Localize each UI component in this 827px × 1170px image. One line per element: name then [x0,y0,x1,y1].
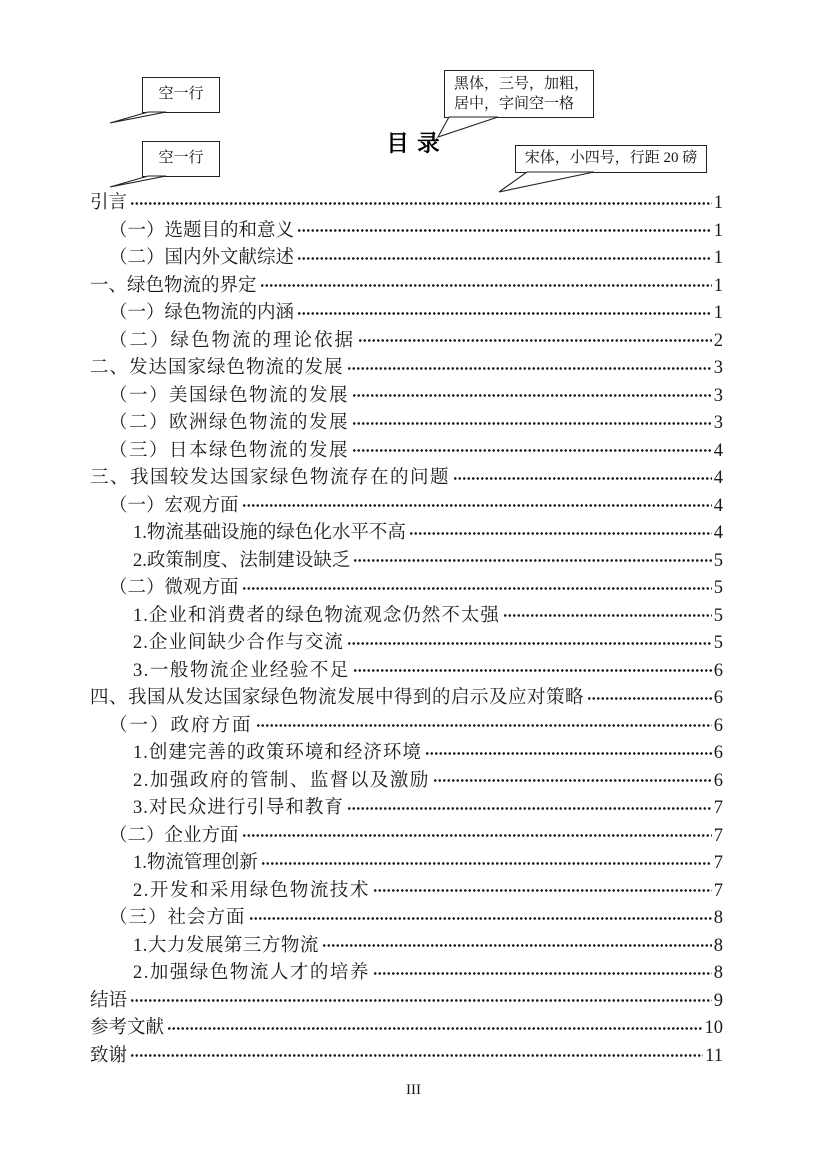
toc-entry: 3.一般物流企业经验不足 6 [90,658,723,686]
toc-entry: 3.对民众进行引导和教育 7 [90,795,723,823]
toc-entry-page-number: 4 [714,493,723,521]
toc-dot-leader [373,878,712,906]
toc-entry-page-number: 7 [714,878,723,906]
toc-entry-page-number: 1 [714,273,723,301]
toc-entry-text: 引言 [90,190,127,218]
toc-entry-page-number: 1 [714,300,723,328]
toc-dot-leader [297,218,712,246]
toc-entry-text: （二）欧洲绿色物流的发展 [109,410,349,438]
toc-entry-text: 1.创建完善的政策环境和经济环境 [133,740,422,768]
toc-dot-leader [130,190,712,218]
toc-entry-page-number: 1 [714,190,723,218]
toc-dot-leader [297,245,712,273]
toc-entry: 2.政策制度、法制建设缺乏 5 [90,548,723,576]
page-number: III [0,1082,827,1099]
callout-tail-icon [104,111,170,125]
toc-entry: 致谢 11 [90,1043,723,1071]
toc-entry-text: 3.对民众进行引导和教育 [133,795,344,823]
toc-entry: 引言 1 [90,190,723,218]
toc-entry-text: 二、发达国家绿色物流的发展 [90,355,344,383]
toc-entry: （一）宏观方面 4 [90,493,723,521]
toc-entry-page-number: 8 [714,933,723,961]
toc-entry-page-number: 11 [705,1043,723,1071]
toc-dot-leader [242,493,712,521]
toc-dot-leader [130,1043,703,1071]
toc-dot-leader [409,520,712,548]
toc-entry: 1.物流管理创新 7 [90,850,723,878]
toc-entry: （二）欧洲绿色物流的发展 3 [90,410,723,438]
toc-entry: 1.企业和消费者的绿色物流观念仍然不太强 5 [90,603,723,631]
toc-entry-text: 1.物流管理创新 [133,850,258,878]
toc-entry-page-number: 6 [714,740,723,768]
toc-dot-leader [260,273,712,301]
toc-entry: 2.加强绿色物流人才的培养 8 [90,960,723,988]
toc-entry-page-number: 9 [714,988,723,1016]
toc-entry-page-number: 2 [714,328,723,356]
toc-entry-page-number: 4 [714,520,723,548]
toc-entry-page-number: 4 [714,438,723,466]
toc-entry-text: 3.一般物流企业经验不足 [133,658,350,686]
toc-entry: （二）国内外文献综述 1 [90,245,723,273]
callout-tail-icon [104,175,170,189]
toc-entry-text: 1.物流基础设施的绿色化水平不高 [133,520,406,548]
toc-dot-leader [453,465,712,493]
toc-entry: （一）美国绿色物流的发展 3 [90,383,723,411]
toc-dot-leader [503,603,712,631]
toc-entry-text: 2.政策制度、法制建设缺乏 [133,548,350,576]
toc-entry: （一）政府方面 6 [90,713,723,741]
toc-entry-text: （二）企业方面 [109,823,239,851]
toc-entry: 2.开发和采用绿色物流技术 7 [90,878,723,906]
toc-entry-text: （三）社会方面 [109,905,246,933]
toc-dot-leader [433,768,712,796]
toc-entry-text: 一、绿色物流的界定 [90,273,257,301]
annotation-text: 空一行 [158,86,203,102]
annotation-text-line2: 居中，字间空一格 [454,94,593,114]
toc-entry-text: 四、我国从发达国家绿色物流发展中得到的启示及应对策略 [90,685,584,713]
toc-entry-page-number: 3 [714,410,723,438]
toc-entry-page-number: 7 [714,795,723,823]
toc-dot-leader [261,850,712,878]
annotation-callout-blank-line-1[interactable]: 空一行 [142,77,220,113]
toc-entry: 四、我国从发达国家绿色物流发展中得到的启示及应对策略 6 [90,685,723,713]
annotation-text: 宋体，小四号，行距 20 磅 [525,150,698,166]
toc-dot-leader [353,658,712,686]
toc-dot-leader [358,328,712,356]
toc-entry: （一）选题目的和意义 1 [90,218,723,246]
toc-entry-text: 2.企业间缺少合作与交流 [133,630,344,658]
toc-dot-leader [352,438,712,466]
annotation-callout-title-format[interactable]: 黑体，三号，加粗， 居中，字间空一格 [444,70,594,118]
toc-entry-page-number: 1 [714,245,723,273]
toc-entry-text: （二）微观方面 [109,575,239,603]
toc-entry-page-number: 4 [714,465,723,493]
toc-entry-text: 2.加强绿色物流人才的培养 [133,960,370,988]
toc-entry-text: （二）国内外文献综述 [109,245,294,273]
toc-entry-text: 致谢 [90,1043,127,1071]
toc-dot-leader [249,905,712,933]
callout-tail-icon [493,171,599,194]
toc-dot-leader [256,713,712,741]
annotation-callout-blank-line-2[interactable]: 空一行 [142,141,220,177]
toc-entry: 参考文献 10 [90,1015,723,1043]
callout-tail-icon [432,116,504,139]
toc-entry: （三）日本绿色物流的发展 4 [90,438,723,466]
toc-entry-text: （二）绿色物流的理论依据 [109,328,355,356]
annotation-text: 空一行 [158,150,203,166]
toc-entry-page-number: 10 [705,1015,724,1043]
toc-dot-leader [130,988,712,1016]
toc-entry-text: 结语 [90,988,127,1016]
toc-entry-text: （一）选题目的和意义 [109,218,294,246]
toc-dot-leader [347,630,712,658]
toc-entry-text: 参考文献 [90,1015,164,1043]
toc-entry-page-number: 1 [714,218,723,246]
annotation-callout-body-format[interactable]: 宋体，小四号，行距 20 磅 [515,145,707,173]
toc-entry-page-number: 5 [714,630,723,658]
toc-dot-leader [373,960,712,988]
toc-entry: 三、我国较发达国家绿色物流存在的问题 4 [90,465,723,493]
toc-entry-page-number: 7 [714,850,723,878]
toc-entry-text: 三、我国较发达国家绿色物流存在的问题 [90,465,450,493]
toc-entry-page-number: 6 [714,658,723,686]
toc-entry: （二）绿色物流的理论依据 2 [90,328,723,356]
toc-entry-text: （一）政府方面 [109,713,253,741]
toc-entry-page-number: 3 [714,355,723,383]
toc-entry: （一）绿色物流的内涵 1 [90,300,723,328]
toc-entry-text: （三）日本绿色物流的发展 [109,438,349,466]
toc-dot-leader [425,740,712,768]
toc-dot-leader [297,300,712,328]
toc-entry-text: 1.大力发展第三方物流 [133,933,319,961]
toc-entry-text: （一）绿色物流的内涵 [109,300,294,328]
toc-entry: 1.大力发展第三方物流 8 [90,933,723,961]
toc-dot-leader [352,383,712,411]
toc-entry-text: 2.开发和采用绿色物流技术 [133,878,370,906]
toc-entry-page-number: 6 [714,685,723,713]
toc-entry: （三）社会方面 8 [90,905,723,933]
toc-dot-leader [322,933,712,961]
toc-entry: 2.企业间缺少合作与交流 5 [90,630,723,658]
toc-dot-leader [242,823,712,851]
toc-entry-text: （一）宏观方面 [109,493,239,521]
toc-dot-leader [347,355,712,383]
toc-entry: 二、发达国家绿色物流的发展 3 [90,355,723,383]
toc-dot-leader [347,795,712,823]
toc-dot-leader [242,575,712,603]
toc-entry-page-number: 5 [714,575,723,603]
toc-entry-page-number: 5 [714,548,723,576]
toc-entry-page-number: 6 [714,768,723,796]
toc-entry: 2.加强政府的管制、监督以及激励 6 [90,768,723,796]
toc-dot-leader [353,548,711,576]
toc-entry-page-number: 3 [714,383,723,411]
toc-entry: 一、绿色物流的界定 1 [90,273,723,301]
toc-entry-text: 1.企业和消费者的绿色物流观念仍然不太强 [133,603,500,631]
toc-dot-leader [167,1015,702,1043]
document-page: 空一行 空一行 黑体，三号，加粗， 居中，字间空一格 宋体，小四号，行距 20 … [0,0,827,1170]
toc-dot-leader [352,410,712,438]
toc-entry-page-number: 6 [714,713,723,741]
annotation-text-line1: 黑体，三号，加粗， [454,74,593,94]
toc-entry-text: 2.加强政府的管制、监督以及激励 [133,768,430,796]
toc-entry-text: （一）美国绿色物流的发展 [109,383,349,411]
toc-entry-page-number: 5 [714,603,723,631]
toc-entry-page-number: 8 [714,905,723,933]
table-of-contents: 引言 1 （一）选题目的和意义 1 （二）国内外文献综述 1 一、绿色物流的界定… [90,190,723,1070]
toc-entry: 结语 9 [90,988,723,1016]
toc-entry: （二）微观方面 5 [90,575,723,603]
toc-entry: 1.创建完善的政策环境和经济环境 6 [90,740,723,768]
toc-dot-leader [587,685,712,713]
toc-entry-page-number: 8 [714,960,723,988]
toc-entry: 1.物流基础设施的绿色化水平不高 4 [90,520,723,548]
toc-entry: （二）企业方面 7 [90,823,723,851]
toc-entry-page-number: 7 [714,823,723,851]
